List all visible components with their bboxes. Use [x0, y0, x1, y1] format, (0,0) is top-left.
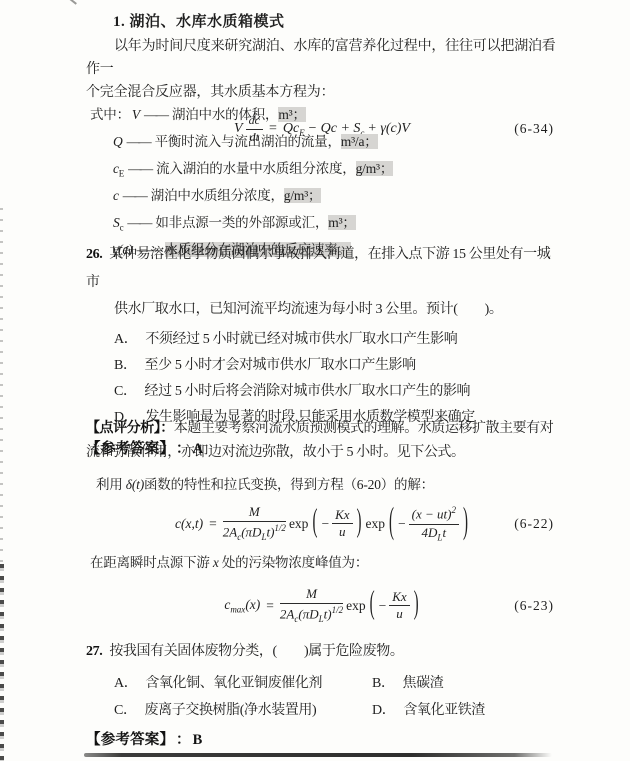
peak-concentration-line: 在距离瞬时点源下游 x 处的污染物浓度峰值为：	[86, 553, 558, 573]
fraction-main: M2Ac(πDLt)1/2	[280, 587, 343, 624]
scan-artifact-left-edge-light	[0, 208, 3, 564]
option-text: 含氧化铜、氧化亚铜废催化剂	[145, 676, 322, 691]
scan-artifact-bottom-bar	[84, 753, 552, 757]
answer-value: B	[193, 732, 203, 748]
question-27: 27.按我国有关固体废物分类，( )属于危险废物。 A．含氧化铜、氧化亚铜废催化…	[86, 638, 558, 753]
highlighted-unit: m³；	[278, 107, 305, 122]
reference-answer-label: 【参考答案】	[86, 732, 167, 748]
option-text: 含氧化亚铁渣	[403, 703, 485, 718]
intro-line-1: 以年为时间尺度来研究湖泊、水库的富营养化过程中，往往可以把湖泊看作一	[86, 35, 558, 81]
equation-6-23: cmax(x) = M2Ac(πDLt)1/2 exp (−Kxu) (6-23…	[86, 581, 558, 631]
question-26-stem-line-2: 供水厂取水口，已知河流平均流速为每小时 3 公里。预计( )。	[86, 296, 558, 324]
option-d: D．含氧化亚铁渣	[344, 697, 558, 725]
option-a: A．含氧化铜、氧化亚铜废催化剂	[86, 670, 344, 698]
right-paren: )	[357, 506, 362, 543]
question-number: 27.	[86, 644, 102, 659]
right-paren: )	[414, 588, 419, 625]
option-text: 不须经过 5 小时就已经对城市供水厂取水口产生影响	[145, 332, 457, 347]
highlighted-unit: g/m³；	[356, 161, 394, 176]
equation-number: (6-22)	[514, 516, 554, 532]
option-label: B．	[372, 676, 395, 691]
left-paren: (	[312, 506, 317, 543]
intro-line-2: 个完全混合反应器，其水质基本方程为：	[86, 81, 558, 104]
scan-artifact-left-edge-dark	[0, 564, 4, 761]
option-label: A．	[114, 332, 137, 347]
answer-separator: ：	[176, 732, 191, 748]
option-text: 焦碳渣	[403, 676, 444, 691]
option-c: C．经过 5 小时后将会消除对城市供水厂取水口产生的影响	[86, 379, 558, 405]
analysis-block: 【点评分析】：本题主要考察河流水质预测模式的理解。水质运移扩散主要有对流和弥散作…	[86, 417, 558, 631]
left-paren: (	[389, 503, 394, 546]
definition-row-c: c——湖泊中水质组分浓度，g/m³；	[86, 185, 558, 212]
scan-artifact-corner-mark	[63, 0, 77, 5]
analysis-label: 【点评分析】：	[86, 421, 174, 436]
question-26-stem-line-1: 26.某种易溶性化学物质因偶尔事故排入河道，在排入点下游 15 公里处有一城市	[86, 241, 558, 296]
option-label: C．	[114, 703, 137, 718]
option-label: C．	[114, 384, 137, 399]
question-number: 26.	[86, 247, 102, 262]
em-dash: ——	[127, 134, 150, 149]
equation-number: (6-23)	[514, 598, 554, 614]
fraction-main: M2Ac(πDLt)1/2	[223, 505, 286, 542]
analysis-paragraph: 【点评分析】：本题主要考察河流水质预测模式的理解。水质运移扩散主要有对流和弥散作…	[86, 417, 558, 464]
left-paren: (	[370, 588, 375, 625]
highlighted-unit: m³/a；	[341, 134, 378, 149]
option-label: A．	[114, 676, 137, 691]
definitions-lead: 式中：	[90, 107, 130, 122]
question-27-stem: 27.按我国有关固体废物分类，( )属于危险废物。	[86, 638, 558, 666]
option-label: B．	[114, 358, 137, 373]
option-b: B．焦碳渣	[344, 670, 558, 698]
formula-6-23: cmax(x) = M2Ac(πDLt)1/2 exp (−Kxu)	[224, 587, 419, 624]
equation-6-22: c(x,t) = M2Ac(πDLt)1/2 exp (−Kxu) exp (−…	[86, 499, 558, 549]
option-a: A．不须经过 5 小时就已经对城市供水厂取水口产生影响	[86, 327, 558, 353]
definition-row-q: Q——平衡时流入与流出湖泊的流量，m³/a；	[86, 131, 558, 158]
em-dash: ——	[128, 161, 151, 176]
highlighted-unit: g/m³；	[284, 188, 322, 203]
em-dash: ——	[127, 215, 150, 230]
formula-6-22: c(x,t) = M2Ac(πDLt)1/2 exp (−Kxu) exp (−…	[175, 505, 469, 542]
option-text: 废离子交换树脂(净水装置用)	[145, 703, 317, 718]
fraction-kx-u: Kxu	[389, 590, 409, 623]
option-c: C．废离子交换树脂(净水装置用)	[86, 697, 344, 725]
option-b: B．至少 5 小时才会对城市供水厂取水口产生影响	[86, 353, 558, 379]
reference-answer-27: 【参考答案】：B	[86, 727, 558, 753]
highlighted-unit: m³；	[328, 215, 355, 230]
em-dash: ——	[144, 107, 167, 122]
fraction-xut: (x − ut)24DLt	[409, 505, 459, 542]
option-text: 经过 5 小时后将会消除对城市供水厂取水口产生的影响	[145, 384, 471, 399]
options-grid: A．含氧化铜、氧化亚铜废催化剂 B．焦碳渣 C．废离子交换树脂(净水装置用) D…	[86, 670, 558, 725]
scanned-document-page: 1. 湖泊、水库水质箱模式 以年为时间尺度来研究湖泊、水库的富营养化过程中，往往…	[0, 0, 630, 761]
delta-function-line: 利用 δ(t)函数的特性和拉氏变换，得到方程（6-20）的解：	[86, 475, 558, 495]
fraction-kx-u: Kxu	[332, 508, 352, 541]
right-paren: )	[463, 503, 468, 546]
definition-row-ce: cE——流入湖泊的水量中水质组分浓度，g/m³；	[86, 158, 558, 185]
section-title: 1. 湖泊、水库水质箱模式	[86, 10, 558, 31]
definition-row-sc: Sc——如非点源一类的外部源或汇，m³；	[86, 212, 558, 239]
option-label: D．	[372, 703, 395, 718]
em-dash: ——	[123, 188, 146, 203]
option-text: 至少 5 小时才会对城市供水厂取水口产生影响	[145, 358, 416, 373]
definition-row-v: 式中：V——湖泊中水的体积，m³；	[86, 104, 558, 131]
